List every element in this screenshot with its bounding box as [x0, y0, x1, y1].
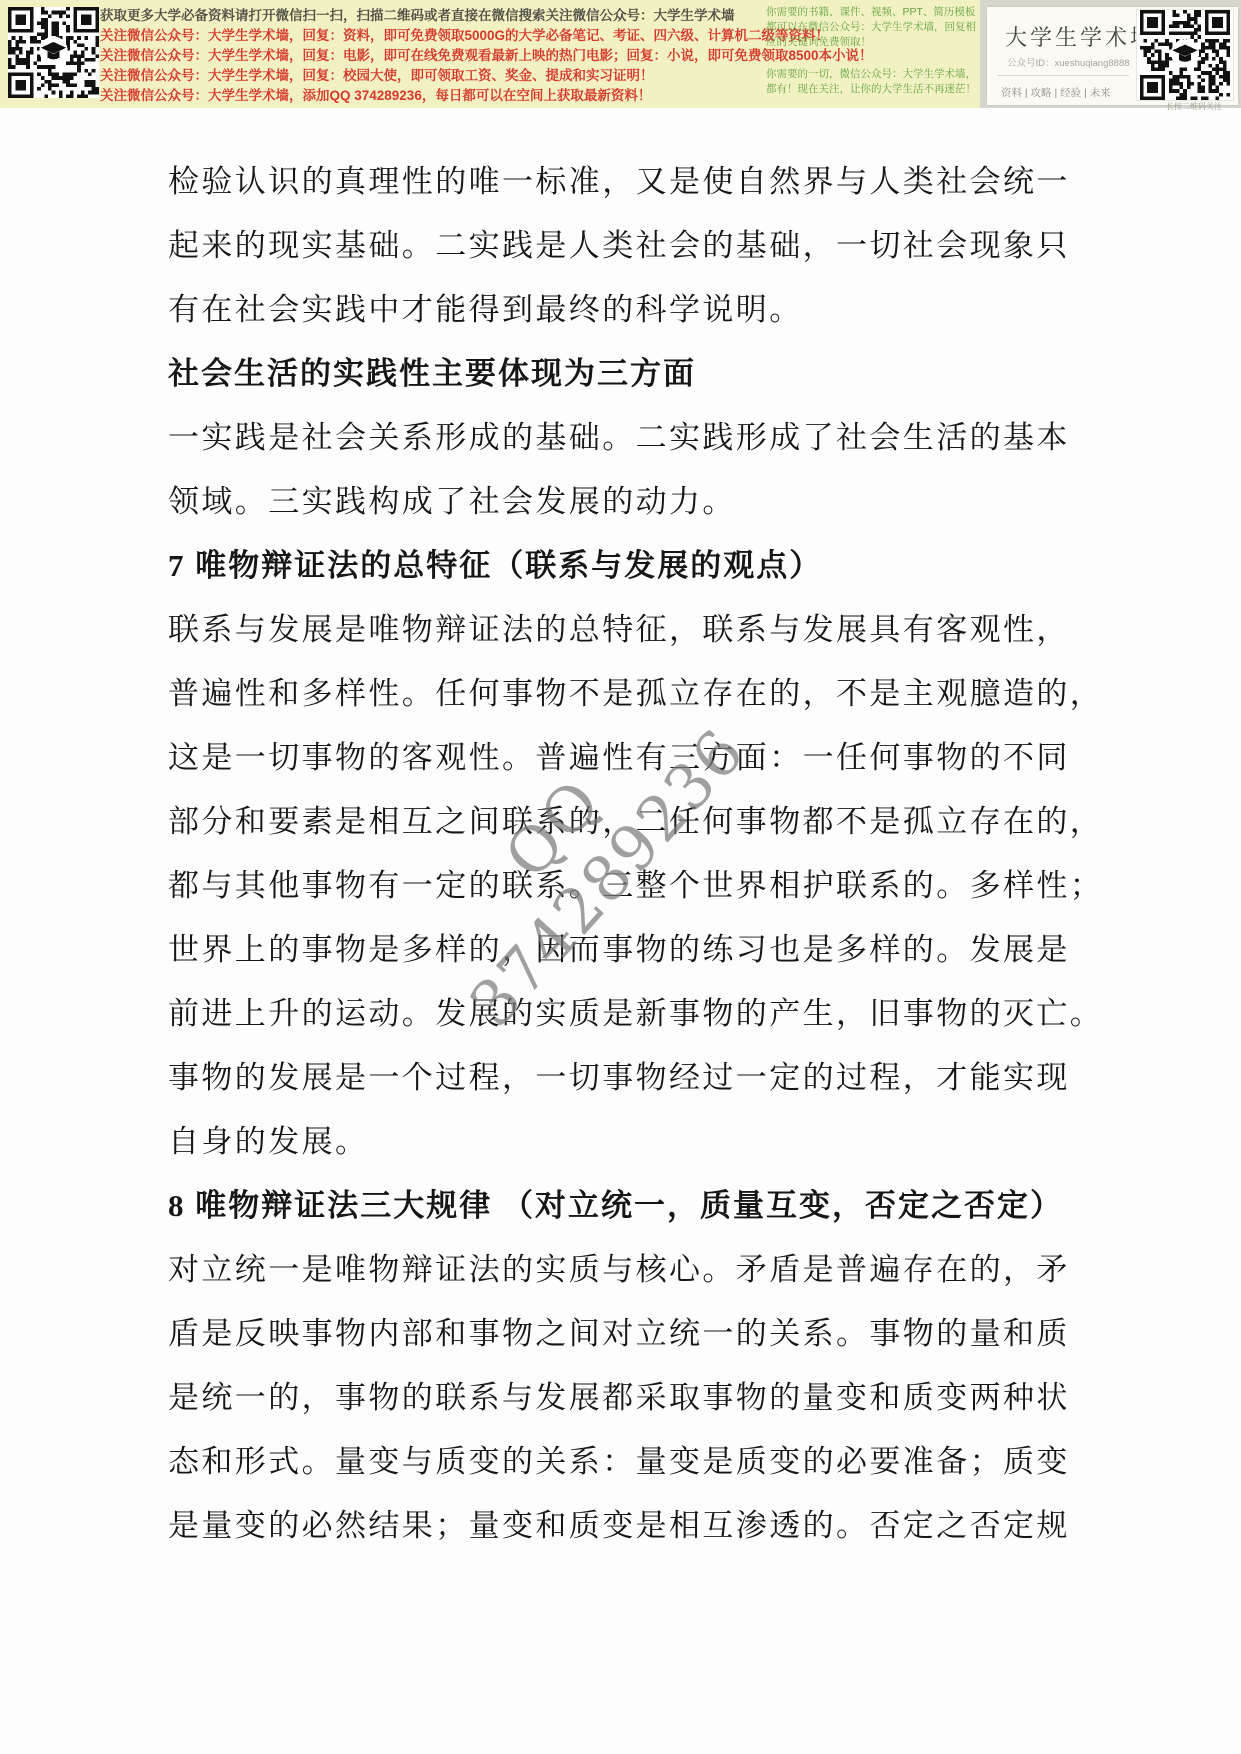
document-body: 检验认识的真理性的唯一标准，又是使自然界与人类社会统一起来的现实基础。二实践是人…: [168, 150, 1083, 1558]
divider: [997, 75, 1129, 76]
text-line: 普遍性和多样性。任何事物不是孤立存在的，不是主观臆造的，: [168, 662, 1083, 726]
account-id: 公众号ID：xueshuqiang8888: [1007, 55, 1130, 69]
text-line: 世界上的事物是多样的，因而事物的练习也是多样的。发展是: [168, 918, 1083, 982]
qr-code-right-icon: [1136, 9, 1234, 101]
text-line: 有在社会实践中才能得到最终的科学说明。: [168, 278, 1083, 342]
promo-text-bottom: 你需要的一切，微信公众号：大学生学术墙，都有！现在关注，让你的大学生活不再迷茫！: [766, 67, 978, 97]
text-line: 部分和要素是相互之间联系的，二任何事物都不是孤立存在的，: [168, 790, 1083, 854]
heading-line: 社会生活的实践性主要体现为三方面: [168, 342, 1083, 406]
account-card: 大学生学术墙 公众号ID：xueshuqiang8888 资料 | 攻略 | 经…: [987, 7, 1238, 105]
account-tags: 资料 | 攻略 | 经验 | 未来: [1001, 85, 1111, 100]
text-line: 前进上升的运动。发展的实质是新事物的产生，旧事物的灭亡。: [168, 982, 1083, 1046]
text-line: 自身的发展。: [168, 1110, 1083, 1174]
banner-text-lines: 获取更多大学必备资料请打开微信扫一扫，扫描二维码或者直接在微信搜索关注微信公众号…: [100, 6, 873, 106]
heading-line: 8 唯物辩证法三大规律 （对立统一，质量互变，否定之否定）: [168, 1174, 1083, 1238]
text-line: 起来的现实基础。二实践是人类社会的基础，一切社会现象只: [168, 214, 1083, 278]
banner-line: 关注微信公众号：大学生学术墙，添加QQ 374289236，每日都可以在空间上获…: [100, 86, 873, 106]
banner-line: 获取更多大学必备资料请打开微信扫一扫，扫描二维码或者直接在微信搜索关注微信公众号…: [100, 6, 873, 26]
banner-line: 关注微信公众号：大学生学术墙，回复：电影，即可在线免费观看最新上映的热门电影；回…: [100, 46, 873, 66]
text-line: 检验认识的真理性的唯一标准，又是使自然界与人类社会统一: [168, 150, 1083, 214]
text-line: 态和形式。量变与质变的关系：量变是质变的必要准备；质变: [168, 1430, 1083, 1494]
text-line: 对立统一是唯物辩证法的实质与核心。矛盾是普遍存在的，矛: [168, 1238, 1083, 1302]
document-page: 获取更多大学必备资料请打开微信扫一扫，扫描二维码或者直接在微信搜索关注微信公众号…: [0, 0, 1241, 1754]
qr-code-left-icon: [8, 4, 99, 101]
text-line: 领域。三实践构成了社会发展的动力。: [168, 470, 1083, 534]
text-line: 盾是反映事物内部和事物之间对立统一的关系。事物的量和质: [168, 1302, 1083, 1366]
promo-column: 你需要的书籍、课件、视频、PPT、简历模板都可以在微信公众号：大学生学术墙，回复…: [766, 5, 978, 105]
text-line: 联系与发展是唯物辩证法的总特征，联系与发展具有客观性，: [168, 598, 1083, 662]
text-line: 一实践是社会关系形成的基础。二实践形成了社会生活的基本: [168, 406, 1083, 470]
text-line: 是量变的必然结果；量变和质变是相互渗透的。否定之否定规: [168, 1494, 1083, 1558]
text-line: 都与其他事物有一定的联系。三整个世界相护联系的。多样性；: [168, 854, 1083, 918]
qr-caption: 长按二维码关注: [1166, 101, 1222, 112]
heading-line: 7 唯物辩证法的总特征（联系与发展的观点）: [168, 534, 1083, 598]
text-line: 是统一的，事物的联系与发展都采取事物的量变和质变两种状: [168, 1366, 1083, 1430]
text-line: 这是一切事物的客观性。普遍性有三方面：一任何事物的不同: [168, 726, 1083, 790]
account-title: 大学生学术墙: [1005, 21, 1155, 52]
banner-line: 关注微信公众号：大学生学术墙，回复：资料，即可免费领取5000G的大学必备笔记、…: [100, 26, 873, 46]
account-card-zone: 大学生学术墙 公众号ID：xueshuqiang8888 资料 | 攻略 | 经…: [980, 0, 1241, 108]
text-line: 事物的发展是一个过程，一切事物经过一定的过程，才能实现: [168, 1046, 1083, 1110]
banner-line: 关注微信公众号：大学生学术墙，回复：校园大使，即可领取工资、奖金、提成和实习证明…: [100, 66, 873, 86]
promo-text-top: 你需要的书籍、课件、视频、PPT、简历模板都可以在微信公众号：大学生学术墙，回复…: [766, 5, 978, 50]
promo-banner: 获取更多大学必备资料请打开微信扫一扫，扫描二维码或者直接在微信搜索关注微信公众号…: [0, 0, 980, 108]
